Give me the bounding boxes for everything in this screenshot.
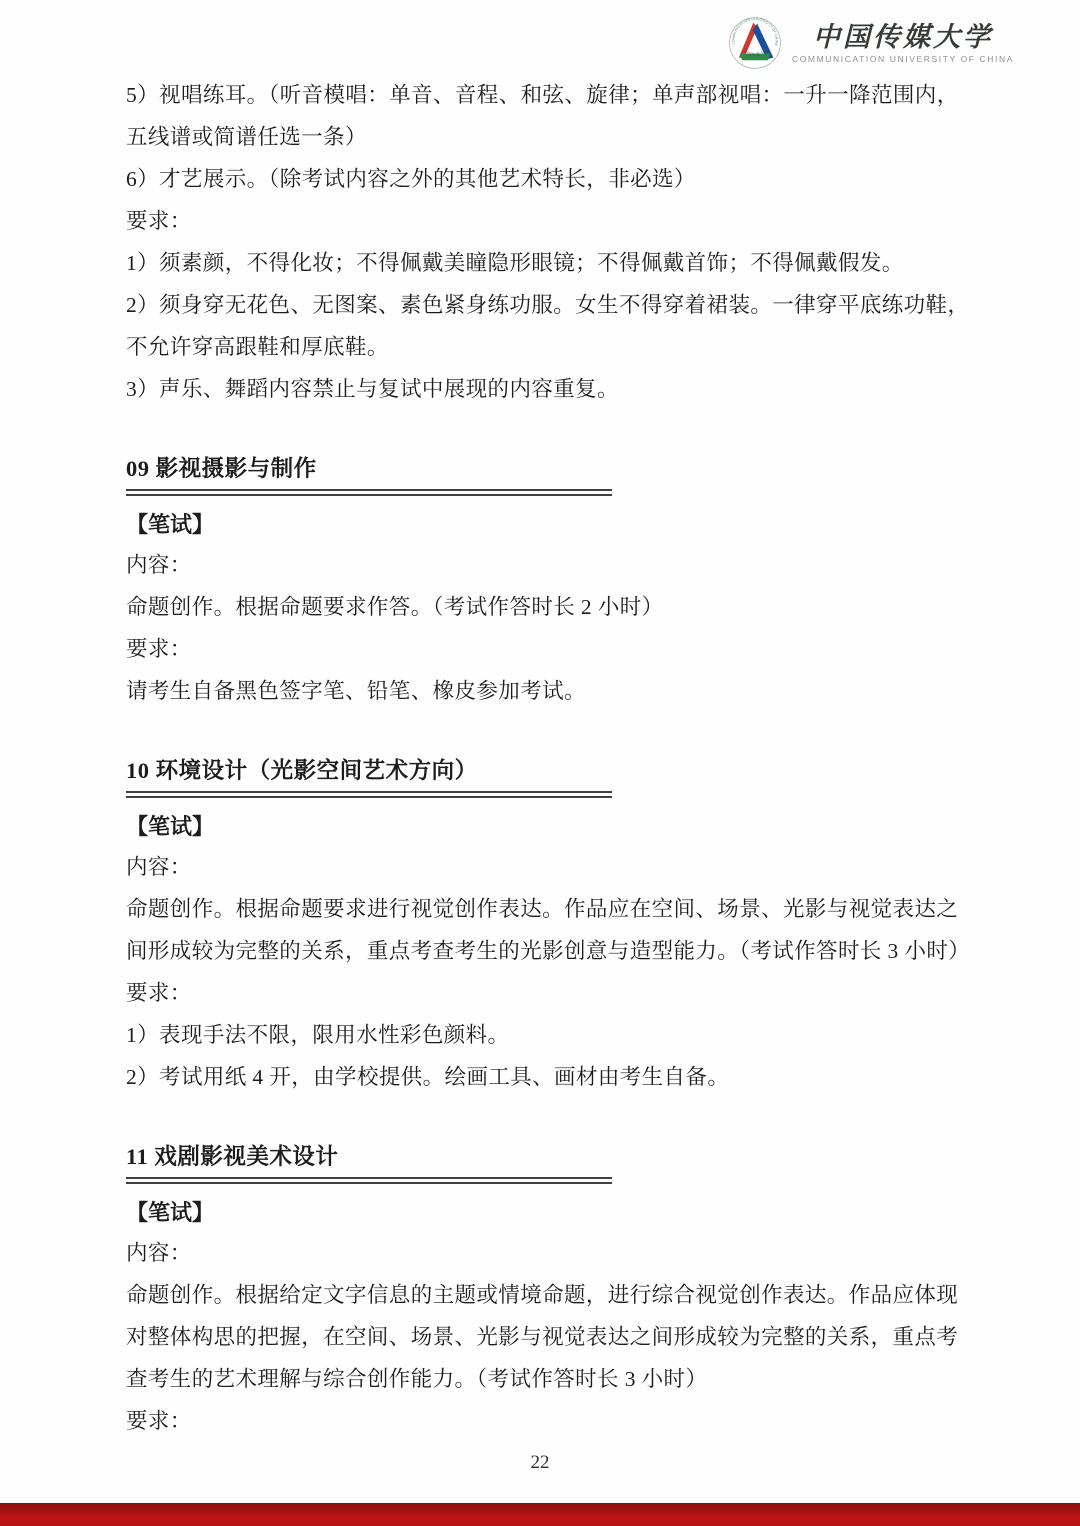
- text-line: 3）声乐、舞蹈内容禁止与复试中展现的内容重复。: [126, 368, 966, 410]
- section-title: 09 影视摄影与制作: [126, 454, 966, 484]
- text-line: 要求：: [126, 628, 966, 670]
- text-line: 对整体构思的把握，在空间、场景、光影与视觉表达之间形成较为完整的关系，重点考: [126, 1316, 966, 1358]
- text-line: 2）考试用纸 4 开，由学校提供。绘画工具、画材由考生自备。: [126, 1056, 966, 1098]
- section-divider: [126, 1177, 612, 1184]
- text-line: 2）须身穿无花色、无图案、素色紧身练功服。女生不得穿着裙装。一律穿平底练功鞋，: [126, 284, 966, 326]
- text-line: 1）表现手法不限，限用水性彩色颜料。: [126, 1014, 966, 1056]
- exam-type-label: 【笔试】: [126, 506, 966, 544]
- text-line: 查考生的艺术理解与综合创作能力。（考试作答时长 3 小时）: [126, 1358, 966, 1400]
- text-line: 内容：: [126, 846, 966, 888]
- section-10: 10 环境设计（光影空间艺术方向） 【笔试】 内容： 命题创作。根据命题要求进行…: [126, 756, 966, 1098]
- footer-red-bar: [0, 1503, 1080, 1526]
- university-name-en: COMMUNICATION UNIVERSITY OF CHINA: [792, 54, 1014, 64]
- exam-type-label: 【笔试】: [126, 1194, 966, 1232]
- university-name-block: 中国传媒大学 COMMUNICATION UNIVERSITY OF CHINA: [792, 22, 1014, 64]
- intro-paragraph: 5）视唱练耳。（听音模唱：单音、音程、和弦、旋律；单声部视唱：一升一降范围内， …: [126, 74, 966, 410]
- page-number: 22: [0, 1452, 1080, 1474]
- university-emblem-icon: COMMUNICATION UNIVERSITY OF CHINA 中国传媒大学: [728, 16, 782, 70]
- text-line: 命题创作。根据给定文字信息的主题或情境命题，进行综合视觉创作表达。作品应体现: [126, 1274, 966, 1316]
- text-line: 5）视唱练耳。（听音模唱：单音、音程、和弦、旋律；单声部视唱：一升一降范围内，: [126, 74, 966, 116]
- section-divider: [126, 489, 612, 496]
- text-line: 请考生自备黑色签字笔、铅笔、橡皮参加考试。: [126, 670, 966, 712]
- section-divider: [126, 791, 612, 798]
- text-line: 内容：: [126, 1232, 966, 1274]
- text-line: 命题创作。根据命题要求进行视觉创作表达。作品应在空间、场景、光影与视觉表达之: [126, 888, 966, 930]
- exam-type-label: 【笔试】: [126, 808, 966, 846]
- document-page: COMMUNICATION UNIVERSITY OF CHINA 中国传媒大学…: [0, 0, 1080, 1526]
- text-line: 6）才艺展示。（除考试内容之外的其他艺术特长，非必选）: [126, 158, 966, 200]
- text-line: 要求：: [126, 200, 966, 242]
- text-line: 命题创作。根据命题要求作答。（考试作答时长 2 小时）: [126, 586, 966, 628]
- document-content: 5）视唱练耳。（听音模唱：单音、音程、和弦、旋律；单声部视唱：一升一降范围内， …: [126, 74, 966, 1442]
- text-line: 五线谱或简谱任选一条）: [126, 116, 966, 158]
- university-name-cn: 中国传媒大学: [813, 22, 993, 52]
- section-11: 11 戏剧影视美术设计 【笔试】 内容： 命题创作。根据给定文字信息的主题或情境…: [126, 1142, 966, 1442]
- text-line: 1）须素颜，不得化妆；不得佩戴美瞳隐形眼镜；不得佩戴首饰；不得佩戴假发。: [126, 242, 966, 284]
- text-line: 间形成较为完整的关系，重点考查考生的光影创意与造型能力。（考试作答时长 3 小时…: [126, 930, 966, 972]
- text-line: 不允许穿高跟鞋和厚底鞋。: [126, 326, 966, 368]
- section-09: 09 影视摄影与制作 【笔试】 内容： 命题创作。根据命题要求作答。（考试作答时…: [126, 454, 966, 712]
- section-title: 11 戏剧影视美术设计: [126, 1142, 966, 1172]
- section-title: 10 环境设计（光影空间艺术方向）: [126, 756, 966, 786]
- text-line: 内容：: [126, 544, 966, 586]
- university-logo: COMMUNICATION UNIVERSITY OF CHINA 中国传媒大学…: [728, 16, 1014, 70]
- text-line: 要求：: [126, 1400, 966, 1442]
- text-line: 要求：: [126, 972, 966, 1014]
